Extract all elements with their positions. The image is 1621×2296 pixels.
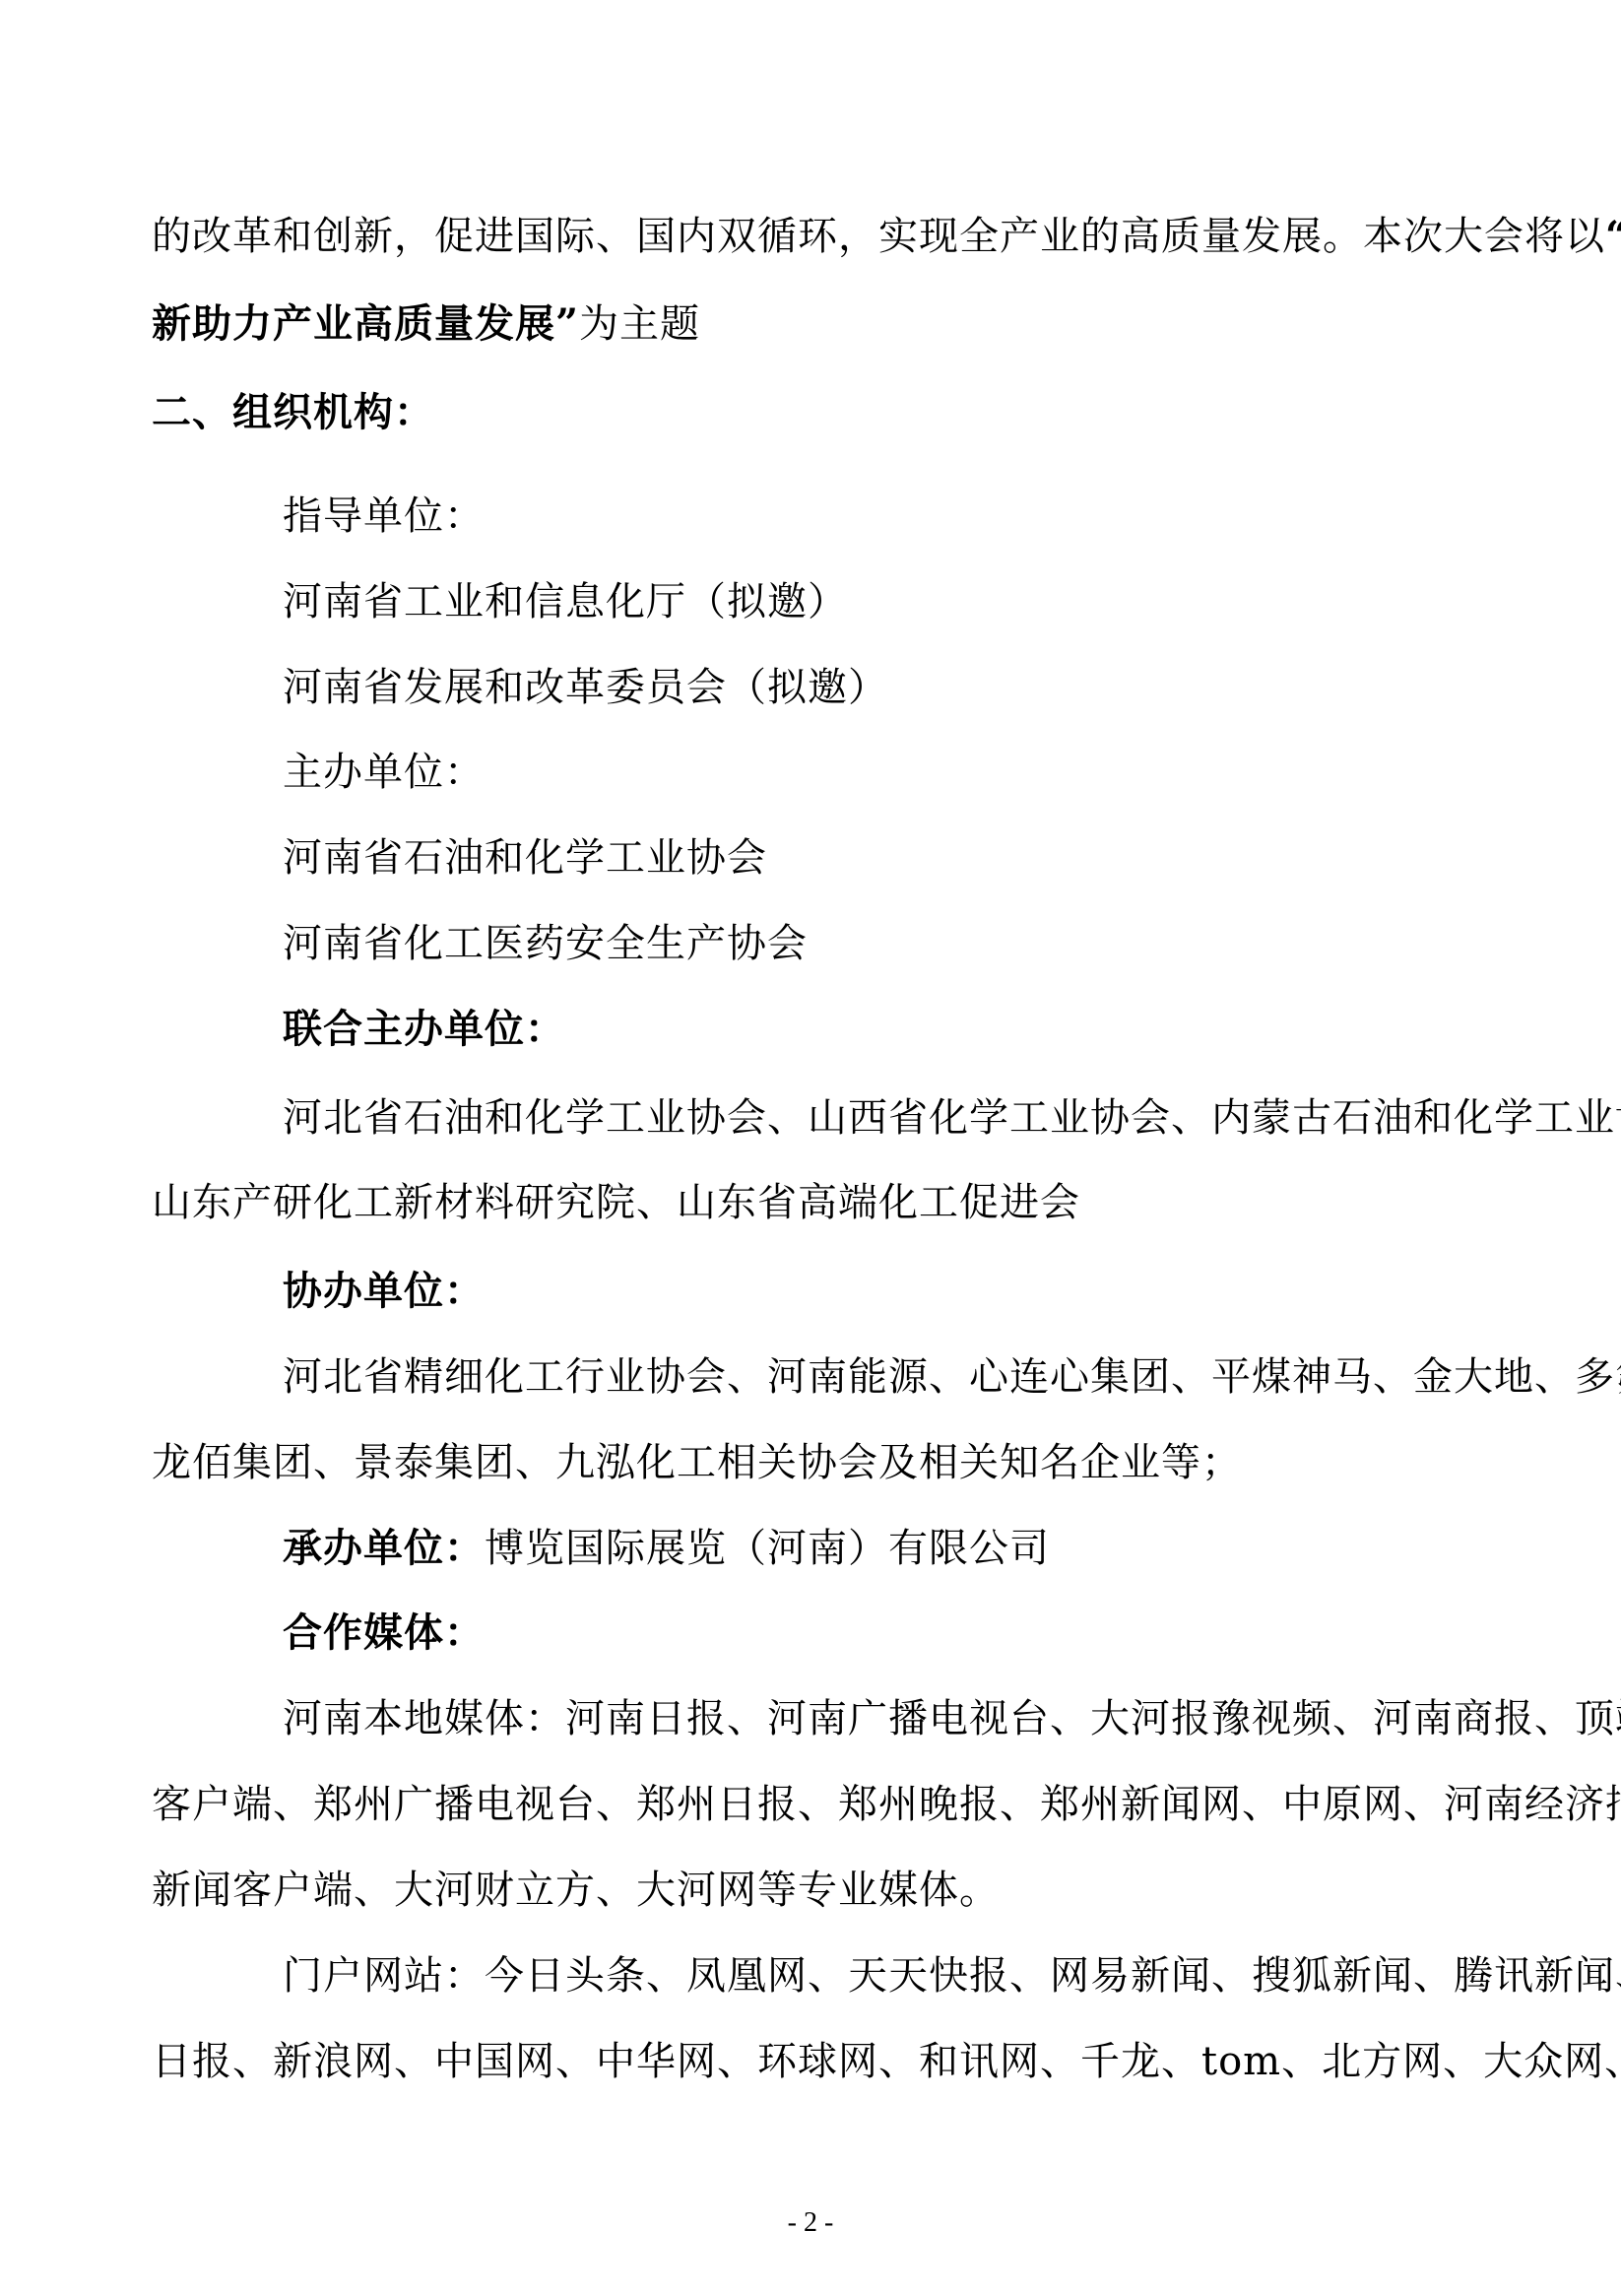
host-unit-item: 河南省化工医药安全生产协会 [283,920,1481,967]
guiding-unit-item: 河南省发展和改革委员会（拟邀） [283,664,1481,711]
theme-suffix: 为主题 [579,301,700,347]
co-host-units-label: 联合主办单位： [283,1006,1481,1053]
theme-text-end: 新助力产业高质量发展” [152,300,579,347]
organizer-line: 承办单位：博览国际展览（河南）有限公司 [283,1525,1481,1572]
co-host-units-line-2: 山东产研化工新材料研究院、山东省高端化工促进会 [152,1179,1481,1226]
local-media-line-3: 新闻客户端、大河财立方、大河网等专业媒体。 [152,1867,1481,1914]
guiding-unit-item: 河南省工业和信息化厅（拟邀） [283,578,1481,625]
section-heading-organization: 二、组织机构： [152,389,1481,436]
media-label: 合作媒体： [283,1609,1481,1657]
intro-text: 的改革和创新，促进国际、国内双循环，实现全产业的高质量发展。本次大会将以 [152,214,1605,259]
intro-paragraph-line-2: 新助力产业高质量发展”为主题 [152,300,1481,348]
host-units-label: 主办单位： [283,749,1481,796]
organizer-label: 承办单位： [283,1525,485,1571]
theme-text-start: “改革创 [1605,213,1621,259]
portal-sites-line-1: 门户网站：今日头条、凤凰网、天天快报、网易新闻、搜狐新闻、腾讯新闻、新华 [283,1952,1481,2000]
host-unit-item: 河南省石油和化学工业协会 [283,834,1481,882]
intro-paragraph-line-1: 的改革和创新，促进国际、国内双循环，实现全产业的高质量发展。本次大会将以“改革创 [152,213,1481,260]
guiding-units-label: 指导单位： [283,492,1481,540]
local-media-line-2: 客户端、郑州广播电视台、郑州日报、郑州晚报、郑州新闻网、中原网、河南经济报、郑州 [152,1781,1481,1828]
assisting-units-label: 协办单位： [283,1268,1481,1315]
organizer-value: 博览国际展览（河南）有限公司 [485,1526,1050,1571]
assisting-units-line-1: 河北省精细化工行业协会、河南能源、心连心集团、平煤神马、金大地、多氟多、 [283,1353,1481,1401]
co-host-units-line-1: 河北省石油和化学工业协会、山西省化学工业协会、内蒙古石油和化学工业协会、 [283,1094,1481,1142]
local-media-line-1: 河南本地媒体：河南日报、河南广播电视台、大河报豫视频、河南商报、顶端新闻 [283,1695,1481,1742]
page-number: - 2 - [0,2206,1621,2240]
assisting-units-line-2: 龙佰集团、景泰集团、九泓化工相关协会及相关知名企业等； [152,1439,1481,1486]
portal-sites-line-2: 日报、新浪网、中国网、中华网、环球网、和讯网、千龙、tom、北方网、大众网、中国… [152,2038,1481,2085]
